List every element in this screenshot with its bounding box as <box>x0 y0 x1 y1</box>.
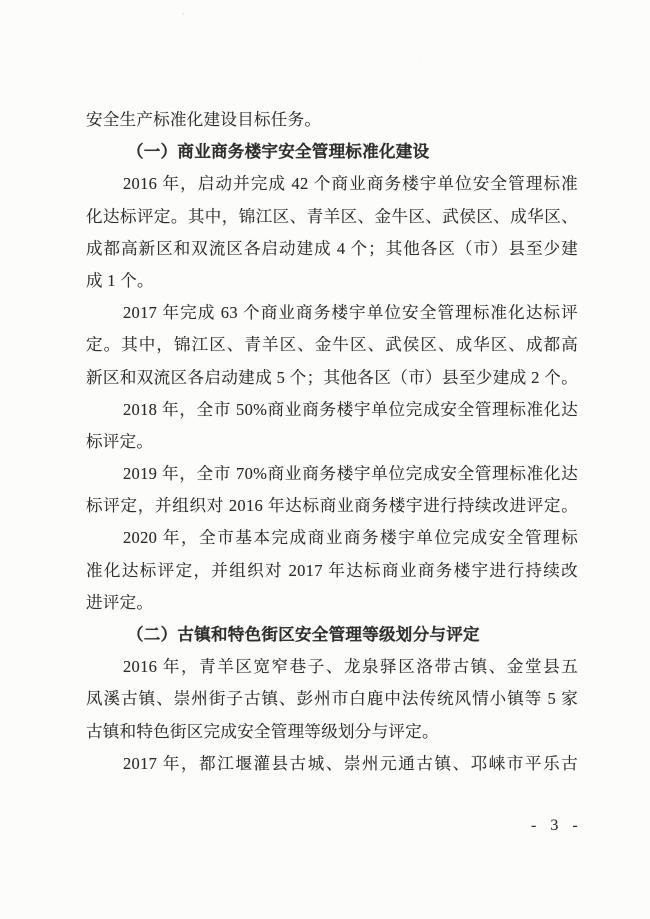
text-line: 2016 年，启动并完成 42 个商业商务楼宇单位安全管理标准 <box>86 168 578 200</box>
text-line: 标评定。 <box>86 426 578 458</box>
text-line: 安全生产标准化建设目标任务。 <box>86 104 578 136</box>
text-line: 定。其中，锦江区、青羊区、金牛区、武侯区、成华区、成都高 <box>86 329 578 361</box>
text-line: 2020 年，全市基本完成商业商务楼宇单位完成安全管理标 <box>86 522 578 554</box>
text-line: 古镇和特色街区完成安全管理等级划分与评定。 <box>86 716 578 748</box>
text-line: 成 1 个。 <box>86 265 578 297</box>
section-heading-line: （二）古镇和特色街区安全管理等级划分与评定 <box>86 619 578 651</box>
document-page: 安全生产标准化建设目标任务。（一）商业商务楼宇安全管理标准化建设2016 年，启… <box>0 0 650 919</box>
text-line: 进评定。 <box>86 587 578 619</box>
text-line: 2017 年，都江堰灌县古城、崇州元通古镇、邛崃市平乐古 <box>86 748 578 780</box>
text-line: 化达标评定。其中，锦江区、青羊区、金牛区、武侯区、成华区、 <box>86 201 578 233</box>
text-line: 凤溪古镇、崇州街子古镇、彭州市白鹿中法传统风情小镇等 5 家 <box>86 683 578 715</box>
text-line: 2018 年，全市 50%商业商务楼宇单位完成安全管理标准化达 <box>86 394 578 426</box>
page-number: - 3 - <box>531 817 583 835</box>
text-line: 标评定，并组织对 2016 年达标商业商务楼宇进行持续改进评定。 <box>86 490 578 522</box>
section-heading-line: （一）商业商务楼宇安全管理标准化建设 <box>86 136 578 168</box>
text-line: 2017 年完成 63 个商业商务楼宇单位安全管理标准化达标评 <box>86 297 578 329</box>
text-line: 新区和双流区各启动建成 5 个；其他各区（市）县至少建成 2 个。 <box>86 362 578 394</box>
text-line: 2019 年，全市 70%商业商务楼宇单位完成安全管理标准化达 <box>86 458 578 490</box>
document-body: 安全生产标准化建设目标任务。（一）商业商务楼宇安全管理标准化建设2016 年，启… <box>86 104 578 780</box>
text-line: 准化达标评定，并组织对 2017 年达标商业商务楼宇进行持续改 <box>86 555 578 587</box>
text-line: 成都高新区和双流区各启动建成 4 个；其他各区（市）县至少建 <box>86 233 578 265</box>
text-line: 2016 年，青羊区宽窄巷子、龙泉驿区洛带古镇、金堂县五 <box>86 651 578 683</box>
